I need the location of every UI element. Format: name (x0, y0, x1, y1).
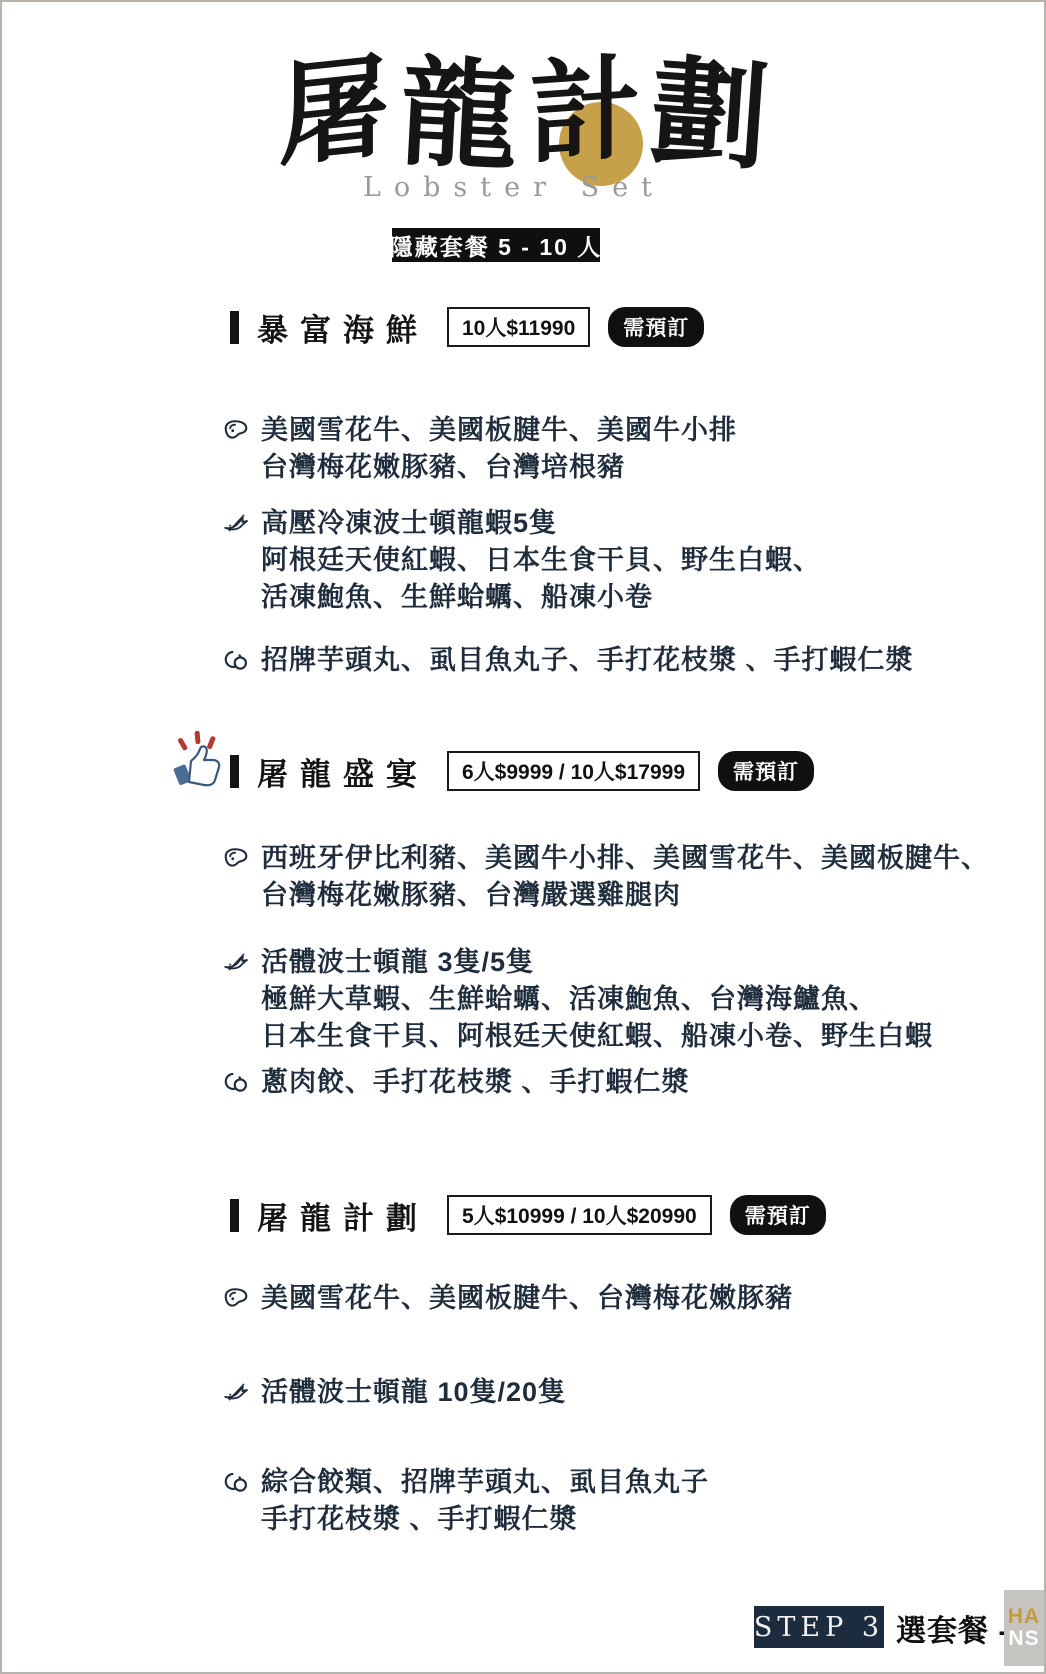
fishball-icon (222, 646, 250, 679)
fishball-icon (222, 1468, 250, 1501)
fish-icon (222, 948, 250, 981)
menu-item-row: 西班牙伊比利豬、美國牛小排、美國雪花牛、美國板腱牛、台灣梅花嫩豚豬、台灣嚴選雞腿… (222, 840, 989, 914)
menu-item-text: 美國雪花牛、美國板腱牛、美國牛小排台灣梅花嫩豚豬、台灣培根豬 (261, 412, 737, 486)
section-title: 屠龍計劃 (257, 1193, 429, 1238)
price-box: 10人$11990 (447, 307, 590, 347)
menu-item-line: 台灣梅花嫩豚豬、台灣培根豬 (261, 449, 737, 486)
section-header: 屠龍計劃5人$10999 / 10人$20990需預訂 (230, 1196, 826, 1234)
menu-item-text: 活體波士頓龍 10隻/20隻 (261, 1374, 566, 1411)
menu-item-text: 高壓冷凍波士頓龍蝦5隻阿根廷天使紅蝦、日本生食干貝、野生白蝦、活凍鮑魚、生鮮蛤蠣… (261, 505, 821, 616)
reserve-badge: 需預訂 (608, 307, 704, 347)
menu-item-row: 綜合餃類、招牌芋頭丸、虱目魚丸子手打花枝漿 、手打蝦仁漿 (222, 1464, 709, 1538)
section-marker-bar (230, 1199, 239, 1232)
menu-item-row: 蔥肉餃、手打花枝漿 、手打蝦仁漿 (222, 1064, 690, 1101)
menu-item-row: 美國雪花牛、美國板腱牛、台灣梅花嫩豚豬 (222, 1280, 793, 1317)
reserve-badge: 需預訂 (718, 751, 814, 791)
menu-item-line: 台灣梅花嫩豚豬、台灣嚴選雞腿肉 (261, 877, 989, 914)
menu-item-row: 活體波士頓龍 3隻/5隻極鮮大草蝦、生鮮蛤蠣、活凍鮑魚、台灣海鱸魚、日本生食干貝… (222, 944, 933, 1055)
menu-item-line: 招牌芋頭丸、虱目魚丸子、手打花枝漿 、手打蝦仁漿 (261, 642, 914, 679)
menu-item-text: 蔥肉餃、手打花枝漿 、手打蝦仁漿 (261, 1064, 690, 1101)
menu-item-line: 活體波士頓龍 10隻/20隻 (261, 1374, 566, 1411)
section-title: 暴富海鮮 (257, 305, 429, 350)
page-title-calligraphy: 屠龍計劃 (2, 50, 1044, 180)
menu-item-row: 美國雪花牛、美國板腱牛、美國牛小排台灣梅花嫩豚豬、台灣培根豬 (222, 412, 737, 486)
menu-item-line: 阿根廷天使紅蝦、日本生食干貝、野生白蝦、 (261, 542, 821, 579)
menu-item-text: 綜合餃類、招牌芋頭丸、虱目魚丸子手打花枝漿 、手打蝦仁漿 (261, 1464, 709, 1538)
title-char: 屠 (279, 44, 390, 186)
fish-icon (222, 1378, 250, 1411)
menu-item-line: 綜合餃類、招牌芋頭丸、虱目魚丸子 (261, 1464, 709, 1501)
menu-item-row: 高壓冷凍波士頓龍蝦5隻阿根廷天使紅蝦、日本生食干貝、野生白蝦、活凍鮑魚、生鮮蛤蠣… (222, 505, 821, 616)
price-box: 5人$10999 / 10人$20990 (447, 1195, 712, 1235)
fishball-icon (222, 1068, 250, 1101)
meat-icon (222, 844, 250, 877)
menu-item-text: 招牌芋頭丸、虱目魚丸子、手打花枝漿 、手打蝦仁漿 (261, 642, 914, 679)
title-char: 計 (529, 46, 641, 184)
menu-item-row: 活體波士頓龍 10隻/20隻 (222, 1374, 566, 1411)
menu-item-text: 美國雪花牛、美國板腱牛、台灣梅花嫩豚豬 (261, 1280, 793, 1317)
menu-item-line: 活凍鮑魚、生鮮蛤蠣、船凍小卷 (261, 579, 821, 616)
menu-item-line: 西班牙伊比利豬、美國牛小排、美國雪花牛、美國板腱牛、 (261, 840, 989, 877)
thumbs-up-icon (172, 726, 228, 793)
section-marker-bar (230, 755, 239, 788)
price-box: 6人$9999 / 10人$17999 (447, 751, 700, 791)
menu-item-line: 日本生食干貝、阿根廷天使紅蝦、船凍小卷、野生白蝦 (261, 1018, 933, 1055)
menu-item-line: 美國雪花牛、美國板腱牛、台灣梅花嫩豚豬 (261, 1280, 793, 1317)
step-label: STEP 3 (754, 1612, 884, 1643)
menu-item-line: 活體波士頓龍 3隻/5隻 (261, 944, 933, 981)
meat-icon (222, 416, 250, 449)
hidden-set-badge: 隱藏套餐 5 - 10 人 (392, 228, 600, 262)
meat-icon (222, 1284, 250, 1317)
hans-logo-line2: NS (1008, 1628, 1039, 1650)
menu-item-text: 活體波士頓龍 3隻/5隻極鮮大草蝦、生鮮蛤蠣、活凍鮑魚、台灣海鱸魚、日本生食干貝… (261, 944, 933, 1055)
menu-item-line: 蔥肉餃、手打花枝漿 、手打蝦仁漿 (261, 1064, 690, 1101)
menu-item-line: 美國雪花牛、美國板腱牛、美國牛小排 (261, 412, 737, 449)
menu-item-row: 招牌芋頭丸、虱目魚丸子、手打花枝漿 、手打蝦仁漿 (222, 642, 914, 679)
hans-logo: HA NS (1004, 1590, 1044, 1666)
section-title: 屠龍盛宴 (257, 749, 429, 794)
step-badge: STEP 3 (754, 1606, 884, 1648)
menu-page: 屠龍計劃 Lobster Set 隱藏套餐 5 - 10 人 暴富海鮮10人$1… (0, 0, 1046, 1674)
hans-logo-line1: HA (1008, 1606, 1040, 1628)
menu-item-text: 西班牙伊比利豬、美國牛小排、美國雪花牛、美國板腱牛、台灣梅花嫩豚豬、台灣嚴選雞腿… (261, 840, 989, 914)
section-header: 暴富海鮮10人$11990需預訂 (230, 308, 704, 346)
title-char: 劃 (646, 46, 772, 184)
menu-item-line: 高壓冷凍波士頓龍蝦5隻 (261, 505, 821, 542)
page-subtitle-en: Lobster Set (363, 172, 665, 203)
menu-item-line: 極鮮大草蝦、生鮮蛤蠣、活凍鮑魚、台灣海鱸魚、 (261, 981, 933, 1018)
title-char: 龍 (397, 47, 522, 183)
section-marker-bar (230, 311, 239, 344)
menu-item-line: 手打花枝漿 、手打蝦仁漿 (261, 1501, 709, 1538)
fish-icon (222, 509, 250, 542)
reserve-badge: 需預訂 (730, 1195, 826, 1235)
section-header: 屠龍盛宴6人$9999 / 10人$17999需預訂 (230, 752, 814, 790)
